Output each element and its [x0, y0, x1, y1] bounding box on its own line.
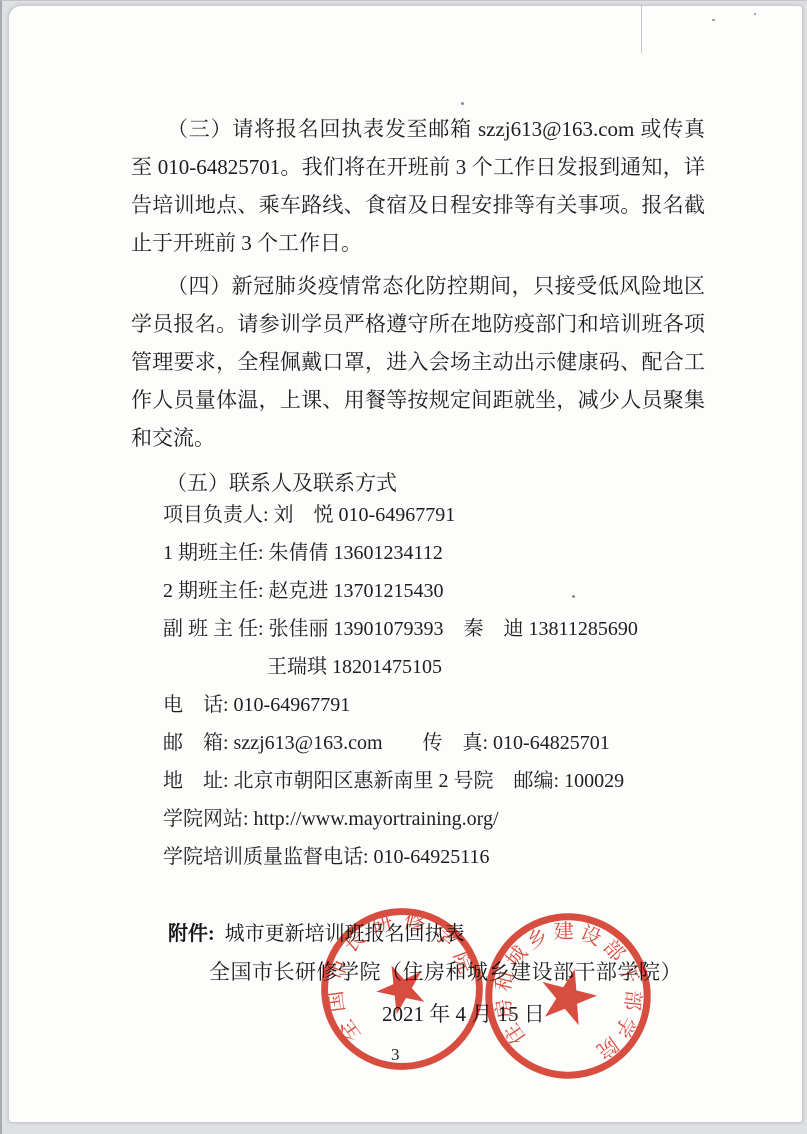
star-icon: [369, 955, 433, 1018]
scan-noise-dot: [712, 19, 715, 21]
contact-line-address: 地 址: 北京市朝阳区惠新南里 2 号院 邮编: 100029: [163, 762, 708, 800]
paragraph-item-3: （三）请将报名回执表发至邮箱 szzj613@163.com 或传真至 010-…: [131, 110, 705, 262]
scan-noise-dot: [754, 13, 756, 15]
seal-right-graphic: 住房和城乡建设部干部学院: [480, 908, 656, 1084]
contact-line-class2-head: 2 期班主任: 赵克进 13701215430: [163, 572, 708, 610]
contact-line-supervision-phone: 学院培训质量监督电话: 010-64925116: [163, 838, 708, 876]
scan-noise-dot: [461, 102, 464, 105]
contact-line-email-fax: 邮 箱: szzj613@163.com 传 真: 010-64825701: [163, 724, 708, 762]
contact-line-class1-head: 1 期班主任: 朱倩倩 13601234112: [163, 534, 708, 572]
attachment-label: 附件:: [168, 923, 215, 945]
star-icon: [535, 962, 602, 1028]
contact-line-project-lead: 项目负责人: 刘 悦 010-64967791: [163, 496, 708, 534]
seal-text: 全国市长研修学院: [316, 903, 487, 1049]
contact-line-phone: 电 话: 010-64967791: [163, 686, 708, 724]
scan-noise-line: [641, 5, 642, 53]
body-text: （三）请将报名回执表发至邮箱 szzj613@163.com 或传真至 010-…: [131, 110, 705, 457]
contact-line-deputy-heads: 副 班 主 任: 张佳丽 13901079393 秦 迪 13811285690: [163, 610, 708, 648]
contact-line-deputy-head-2: 王瑞琪 18201475105: [163, 648, 708, 686]
contact-list: 项目负责人: 刘 悦 010-64967791 1 期班主任: 朱倩倩 1360…: [163, 496, 708, 876]
paragraph-item-4: （四）新冠肺炎疫情常态化防控期间，只接受低风险地区学员报名。请参训学员严格遵守所…: [131, 267, 705, 457]
contact-line-website: 学院网站: http://www.mayortraining.org/: [163, 800, 708, 838]
official-seal-right: 住房和城乡建设部干部学院: [480, 908, 656, 1084]
official-seal-left: 全国市长研修学院: [316, 903, 488, 1075]
seal-left-graphic: 全国市长研修学院: [316, 903, 488, 1075]
